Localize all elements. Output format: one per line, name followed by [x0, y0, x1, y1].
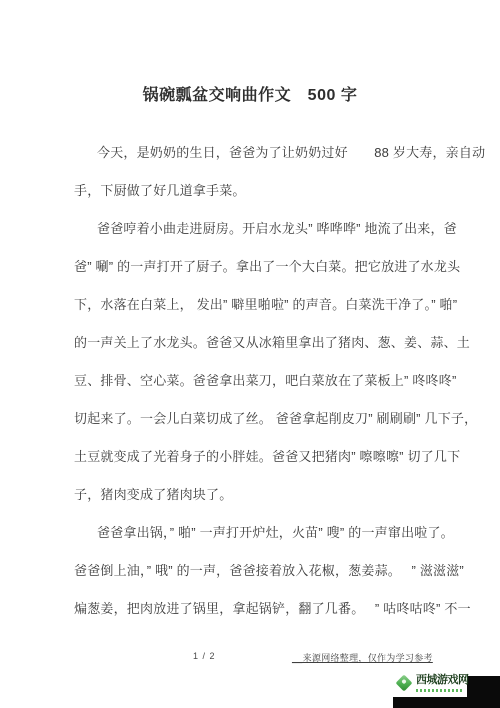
document-page: 锅碗瓢盆交响曲作文 500 字 今天，是奶奶的生日，爸爸为了让奶奶过好 88 岁…: [0, 0, 500, 708]
site-name: 西城游戏网: [416, 674, 469, 687]
essay-body: 今天，是奶奶的生日，爸爸为了让奶奶过好 88 岁大寿，亲自动 手，下厨做了好几道…: [74, 134, 428, 628]
body-line: 下，水落在白菜上， 发出” 噼里啪啦” 的声音。白菜洗干净了。” 啪”: [74, 286, 428, 324]
body-line: 的一声关上了水龙头。爸爸又从冰箱里拿出了猪肉、葱、姜、蒜、土: [74, 324, 428, 362]
body-line: 爸爸倒上油，” 哦” 的一声，爸爸接着放入花椒，葱姜蒜。 ” 滋滋滋”: [74, 552, 428, 590]
body-line: 豆、排骨、空心菜。爸爸拿出菜刀，吧白菜放在了菜板上” 咚咚咚”: [74, 362, 428, 400]
site-tagline-microtext: [416, 689, 462, 692]
source-note: __来源网络整理，仅作为学习参考: [292, 651, 433, 664]
body-line: 今天，是奶奶的生日，爸爸为了让奶奶过好 88 岁大寿，亲自动: [74, 134, 428, 172]
green-gem-icon: [396, 675, 413, 692]
body-line: 土豆就变成了光着身子的小胖娃。爸爸又把猪肉” 嚓嚓嚓” 切了几下: [74, 438, 428, 476]
body-line: 爸爸拿出锅，” 啪” 一声打开炉灶，火苗” 嗖” 的一声窜出啦了。: [74, 514, 428, 552]
site-logo-text-block: 西城游戏网: [416, 674, 469, 692]
site-watermark: 西城游戏网: [391, 669, 467, 697]
watermark-black-edge-bottom: [393, 697, 500, 708]
site-logo-icon: [395, 674, 413, 692]
page-number-indicator: 1 / 2: [193, 651, 216, 661]
body-line: 爸爸哼着小曲走进厨房。开启水龙头” 哗哗哗” 地流了出来，爸: [74, 210, 428, 248]
body-line: 切起来了。一会儿白菜切成了丝。 爸爸拿起削皮刀” 刷刷刷” 几下子，: [74, 400, 428, 438]
body-line: 爸” 唰” 的一声打开了厨子。拿出了一个大白菜。把它放进了水龙头: [74, 248, 428, 286]
body-line: 手，下厨做了好几道拿手菜。: [74, 172, 428, 210]
page-title: 锅碗瓢盆交响曲作文 500 字: [0, 84, 500, 108]
body-line: 子，猪肉变成了猪肉块了。: [74, 476, 428, 514]
body-line: 煸葱姜，把肉放进了锅里，拿起锅铲，翻了几番。 ” 咕咚咕咚” 不一: [74, 590, 428, 628]
